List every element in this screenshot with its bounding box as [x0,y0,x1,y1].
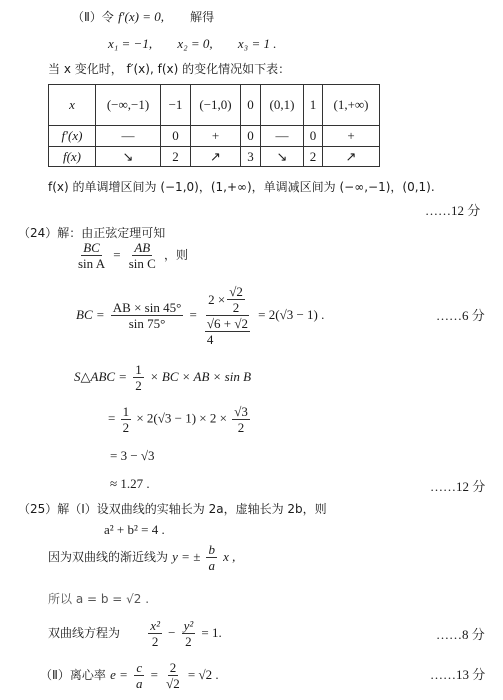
frac-den: √2 [164,676,182,691]
sine-law-line: BCsin A = ABsin C ，则 [74,240,188,271]
frac-den: sin C [127,256,158,271]
ecc-label: （Ⅱ）离心率 [40,668,106,682]
table-cell: 1 [304,85,323,126]
bc-label: BC = [76,307,105,322]
frac-den: 2 [183,634,194,649]
hyperbola-equation: 双曲线方程为 x²2 − y²2 = 1. [48,618,222,649]
ecc-e: e = [110,667,128,682]
frac-den: 2 [133,378,144,393]
frac-num: 1 [133,362,144,378]
increase-arrow-icon: ↗ [323,147,380,167]
frac-num: BC [81,240,102,256]
table-cell: 2 [161,147,191,167]
table-cell: f(x) [49,147,96,167]
decrease-arrow-icon: ↘ [96,147,161,167]
root-2: x₂ = 0, [177,36,212,51]
frac-num: √6 + √2 [205,316,250,332]
table-intro: 当 x 变化时， f′(x), f(x) 的变化情况如下表： [48,60,290,77]
frac-den: 2 [231,300,242,315]
score-12-q24: ……12 分 [430,476,485,495]
table-cell: −1 [161,85,191,126]
asymptote-text: 因为双曲线的渐近线为 [48,550,168,564]
frac-den: a [206,558,217,573]
frac-num: c [134,660,144,676]
q25-heading: （25）解（Ⅰ）设双曲线的实轴长为 2a，虚轴长为 2b，则 [18,500,327,517]
so-line: 所以 a = b = √2 . [48,590,149,607]
equals: = [151,667,158,682]
frac-num: √3 [232,404,250,420]
table-cell: — [96,126,161,147]
table-cell: 0 [241,85,261,126]
frac-num: y² [182,618,196,634]
frac-num: √2 [227,284,245,300]
frac-num: 1 [121,404,132,420]
increase-arrow-icon: ↗ [191,147,241,167]
frac-num: x² [148,618,162,634]
q25-eq1: a² + b² = 4 . [104,522,165,538]
q23-part2-line: （Ⅱ）令 f′(x) = 0, 解得 [72,8,214,25]
frac-den: sin A [76,256,107,271]
area-label: S△ABC = [74,369,127,384]
asym-y: y = ± [172,549,200,564]
frac-den: 2 [236,420,247,435]
area-line-2: = 12 × 2(√3 − 1) × 2 × √32 [108,404,252,435]
q23-roots: x₁ = −1, x₂ = 0, x₃ = 1 . [108,36,276,52]
table-row: f′(x) — 0 + 0 — 0 + [49,126,380,147]
q23-part2-label: （Ⅱ）令 [72,10,114,24]
hyp-tail: = 1. [201,625,221,640]
table-cell: 0 [241,126,261,147]
table-cell: f′(x) [49,126,96,147]
table-cell: (−∞,−1) [96,85,161,126]
table-cell: x [49,85,96,126]
law-tail: ，则 [164,248,188,262]
table-cell: 2 [304,147,323,167]
area-expr: × 2(√3 − 1) × 2 × [136,410,227,425]
q24-heading: （24）解：由正弦定理可知 [18,224,165,241]
table-cell: 3 [241,147,261,167]
score-8: ……8 分 [436,624,485,643]
area-expr: × BC × AB × sin B [150,369,251,384]
root-3: x₃ = 1 . [238,36,277,51]
area-line-4: ≈ 1.27 . [110,476,150,492]
variation-table: x (−∞,−1) −1 (−1,0) 0 (0,1) 1 (1,+∞) f′(… [48,84,380,167]
frac-den: 4 [205,332,250,347]
table-cell: (1,+∞) [323,85,380,126]
table-cell: 0 [304,126,323,147]
table-cell: + [323,126,380,147]
frac-den: 2 [150,634,161,649]
q23-conclusion: f(x) 的单调增区间为 (−1,0)，(1,+∞)，单调减区间为 (−∞,−1… [48,178,435,195]
frac-den: a [134,676,145,691]
root-1: x₁ = −1, [108,36,152,51]
score-13: ……13 分 [430,664,485,683]
table-header-row: x (−∞,−1) −1 (−1,0) 0 (0,1) 1 (1,+∞) [49,85,380,126]
asym-tail: x , [223,549,235,564]
area-line-3: = 3 − √3 [110,448,155,464]
ecc-tail: = √2 . [188,667,219,682]
table-cell: 0 [161,126,191,147]
minus: − [168,625,175,640]
frac-num: 2 [168,660,179,676]
frac-num: AB [132,240,152,256]
score-6: ……6 分 [436,305,485,324]
decrease-arrow-icon: ↘ [261,147,304,167]
asymptote-line: 因为双曲线的渐近线为 y = ± ba x , [48,542,235,573]
table-cell: — [261,126,304,147]
frac-num: 2 × [208,292,225,307]
eccentricity-line: （Ⅱ）离心率 e = ca = 2√2 = √2 . [40,660,219,691]
area-line-1: S△ABC = 12 × BC × AB × sin B [74,362,251,393]
frac-den: sin 75° [127,316,168,331]
table-cell: (−1,0) [191,85,241,126]
score-12-q23: ……12 分 [425,200,480,219]
q23-solve-word: 解得 [190,10,214,24]
table-row: f(x) ↘ 2 ↗ 3 ↘ 2 ↗ [49,147,380,167]
q23-derivative-eq: f′(x) = 0, [118,9,164,24]
frac-num: b [206,542,217,558]
bc-computation: BC = AB × sin 45°sin 75° = 2 × √22 √6 + … [76,284,324,347]
hyperbola-text: 双曲线方程为 [48,626,120,640]
frac-num: AB × sin 45° [111,300,184,316]
table-cell: (0,1) [261,85,304,126]
bc-result: = 2(√3 − 1) . [258,307,324,322]
frac-den: 2 [121,420,132,435]
table-cell: + [191,126,241,147]
